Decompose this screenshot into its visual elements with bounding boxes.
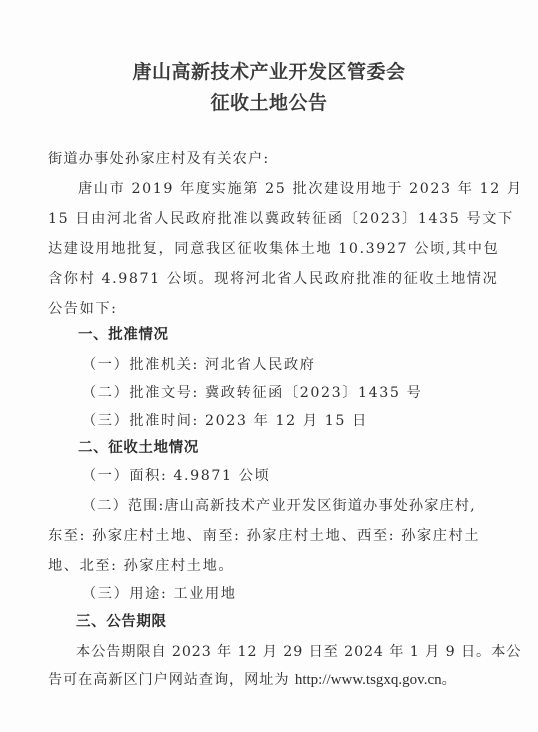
section-heading-land: 二、征收土地情况	[78, 438, 520, 458]
land-use: （三）用途: 工业用地	[82, 584, 524, 604]
website-link[interactable]: http://www.tsgxq.gov.cn	[295, 672, 442, 688]
intro-line-1: 唐山市 2019 年度实施第 25 批次建设用地于 2023 年 12 月	[78, 179, 520, 199]
intro-line-5: 公告如下:	[48, 299, 490, 319]
land-boundaries-line-2: 地、北至: 孙家庄村土地。	[48, 556, 490, 576]
approval-document-number: （二）批准文号: 冀政转征函〔2023〕1435 号	[82, 383, 524, 403]
website-text: 告可在高新区门户网站查询，网址为	[48, 672, 295, 688]
document-title-subject: 征收土地公告	[0, 88, 538, 115]
section-heading-approval: 一、批准情况	[78, 325, 520, 345]
document-title-issuer: 唐山高新技术产业开发区管委会	[0, 57, 538, 84]
section-heading-period: 三、公告期限	[76, 612, 518, 632]
land-boundaries-line-1: 东至: 孙家庄村土地、南至: 孙家庄村土地、西至: 孙家庄村土	[48, 526, 490, 546]
approval-authority: （一）批准机关: 河北省人民政府	[82, 355, 524, 375]
website-suffix: 。	[442, 672, 457, 688]
intro-line-2: 15 日由河北省人民政府批准以冀政转征函〔2023〕1435 号文下	[48, 209, 490, 229]
land-area: （一）面积: 4.9871 公顷	[82, 466, 524, 486]
land-scope: （二）范围:唐山高新技术产业开发区街道办事处孙家庄村,	[82, 496, 524, 516]
approval-date: （三）批准时间: 2023 年 12 月 15 日	[82, 411, 524, 431]
salutation: 街道办事处孙家庄村及有关农户:	[48, 149, 490, 169]
document-page: 唐山高新技术产业开发区管委会 征收土地公告 街道办事处孙家庄村及有关农户: 唐山…	[0, 0, 538, 732]
notice-period: 本公告期限自 2023 年 12 月 29 日至 2024 年 1 月 9 日。…	[76, 642, 518, 662]
intro-line-3: 达建设用地批复，同意我区征收集体土地 10.3927 公顷,其中包	[48, 239, 490, 259]
intro-line-4: 含你村 4.9871 公顷。现将河北省人民政府批准的征收土地情况	[48, 269, 490, 289]
website-line: 告可在高新区门户网站查询，网址为 http://www.tsgxq.gov.cn…	[48, 670, 490, 690]
